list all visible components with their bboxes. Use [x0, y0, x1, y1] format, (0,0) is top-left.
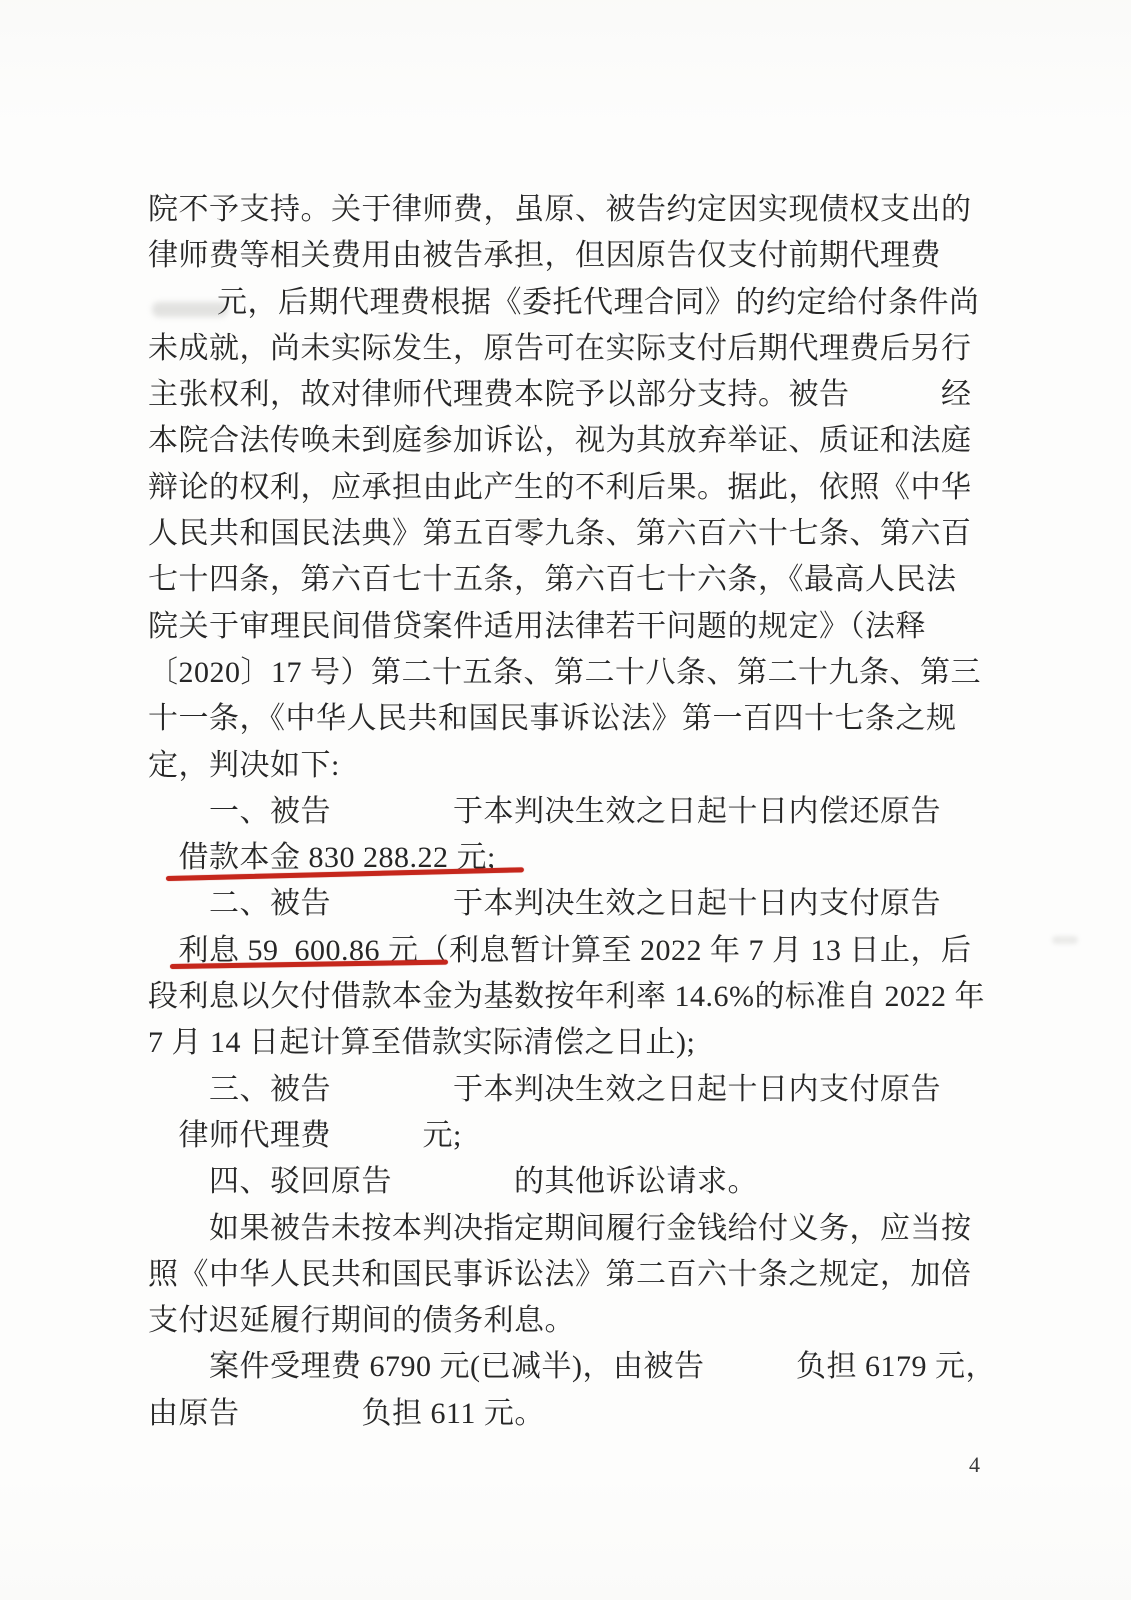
text-line: 本院合法传唤未到庭参加诉讼，视为其放弃举证、质证和法庭: [148, 418, 998, 464]
text-line: 四、驳回原告 的其他诉讼请求。: [148, 1159, 998, 1205]
text-line: 照《中华人民共和国民事诉讼法》第二百六十条之规定，加倍: [148, 1252, 998, 1298]
text-line: 人民共和国民法典》第五百零九条、第六百六十七条、第六百: [148, 511, 998, 557]
text-line: 未成就，尚未实际发生，原告可在实际支付后期代理费后另行: [148, 326, 998, 372]
scan-artifact: [1052, 936, 1078, 944]
text-line: 由原告 负担 611 元。: [148, 1391, 998, 1437]
text-line: 十一条，《中华人民共和国民事诉讼法》第一百四十七条之规: [148, 696, 998, 742]
text-line: 二、被告 于本判决生效之日起十日内支付原告: [148, 881, 998, 927]
text-line: 如果被告未按本判决指定期间履行金钱给付义务，应当按: [148, 1206, 998, 1252]
text-line: 院不予支持。关于律师费，虽原、被告约定因实现债权支出的: [148, 187, 998, 233]
judgment-body-text: 院不予支持。关于律师费，虽原、被告约定因实现债权支出的律师费等相关费用由被告承担…: [148, 187, 998, 1437]
text-line: 七十四条，第六百七十五条，第六百七十六条，《最高人民法: [148, 557, 998, 603]
text-line: 案件受理费 6790 元(已减半)，由被告 负担 6179 元，: [148, 1344, 998, 1390]
text-line: 7 月 14 日起计算至借款实际清偿之日止);: [148, 1020, 998, 1066]
text-line: 律师代理费 元;: [148, 1113, 998, 1159]
scanned-judgment-page: 院不予支持。关于律师费，虽原、被告约定因实现债权支出的律师费等相关费用由被告承担…: [0, 0, 1131, 1600]
text-line: 辩论的权利，应承担由此产生的不利后果。据此，依照《中华: [148, 465, 998, 511]
text-line: 一、被告 于本判决生效之日起十日内偿还原告: [148, 789, 998, 835]
text-line: 律师费等相关费用由被告承担，但因原告仅支付前期代理费: [148, 233, 998, 279]
text-line: 〔2020〕17 号）第二十五条、第二十八条、第二十九条、第三: [148, 650, 998, 696]
text-line: 主张权利，故对律师代理费本院予以部分支持。被告 经: [148, 372, 998, 418]
page-number: 4: [969, 1452, 980, 1478]
text-line: 定，判决如下:: [148, 743, 998, 789]
text-line: 院关于审理民间借贷案件适用法律若干问题的规定》（法释: [148, 604, 998, 650]
text-line: 支付迟延履行期间的债务利息。: [148, 1298, 998, 1344]
text-line: 元，后期代理费根据《委托代理合同》的约定给付条件尚: [148, 280, 998, 326]
text-line: 段利息以欠付借款本金为基数按年利率 14.6%的标准自 2022 年: [148, 974, 998, 1020]
text-line: 三、被告 于本判决生效之日起十日内支付原告: [148, 1067, 998, 1113]
